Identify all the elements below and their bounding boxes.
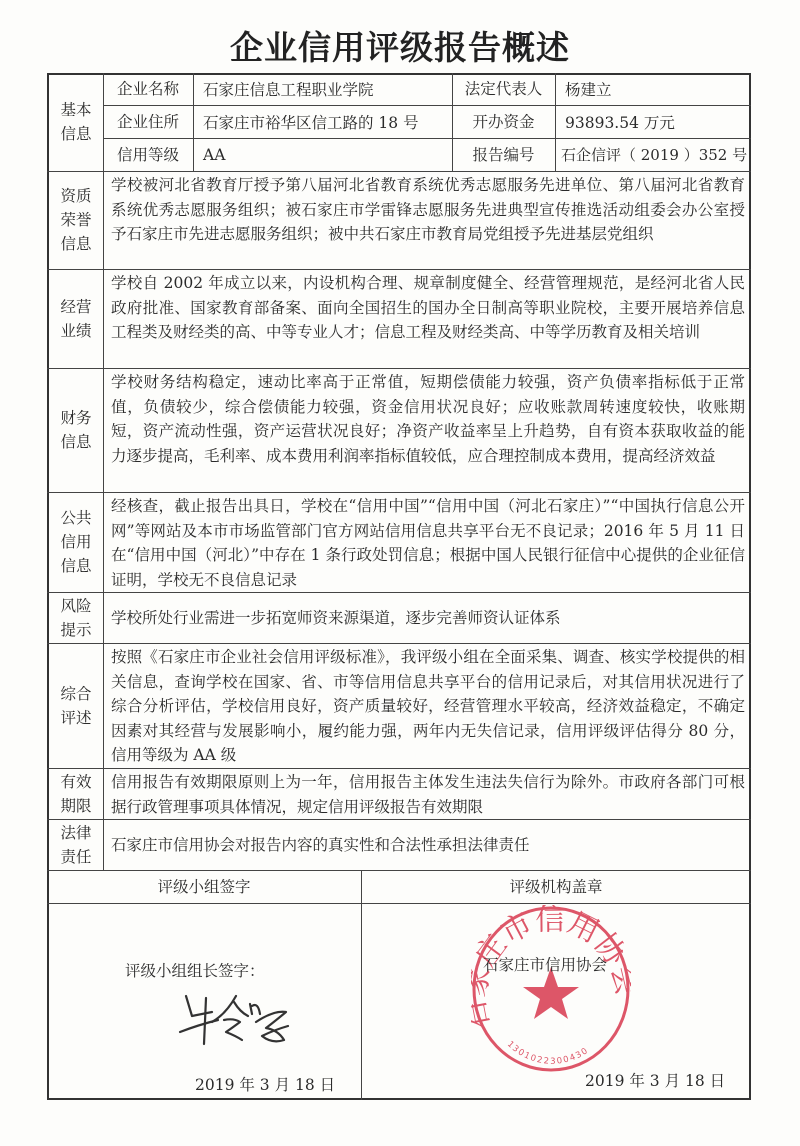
divider — [47, 903, 751, 904]
section-label-text: 基本信息 — [59, 98, 93, 146]
team-signature-date: 2019 年 3 月 18 日 — [195, 1072, 355, 1096]
section-label-honors: 资质荣誉信息 — [49, 171, 103, 269]
field-value-legal-rep: 杨建立 — [555, 73, 751, 105]
section-text-honors: 学校被河北省教育厅授予第八届河北省教育系统优秀志愿服务先进单位、第八届河北省教育… — [103, 171, 751, 269]
section-label-text: 有效期限 — [59, 770, 93, 818]
divider — [361, 870, 362, 1100]
official-stamp-icon: 石家庄市信用协会 1301022300430 — [471, 905, 631, 1073]
section-label-basic-info: 基本信息 — [49, 73, 103, 171]
field-label-capital: 开办资金 — [452, 105, 555, 138]
field-label-credit-grade: 信用等级 — [103, 138, 193, 171]
section-label-text: 公共信用信息 — [59, 506, 93, 578]
team-leader-label: 评级小组组长签字： — [125, 958, 325, 982]
field-label-address: 企业住所 — [103, 105, 193, 138]
section-label-text: 资质荣誉信息 — [59, 184, 93, 256]
section-text-validity: 信用报告有效期限原则上为一年，信用报告主体发生违法失信行为除外。市政府各部门可根… — [103, 768, 751, 819]
section-text-risk: 学校所处行业需进一步拓宽师资来源渠道，逐步完善师资认证体系 — [103, 592, 751, 643]
section-label-text: 综合评述 — [59, 682, 93, 730]
document-title: 企业信用评级报告概述 — [0, 22, 800, 69]
team-signature-header: 评级小组签字 — [47, 870, 361, 903]
section-text-summary: 按照《石家庄市企业社会信用评级标准》，我评级小组在全面采集、调查、核实学校提供的… — [103, 643, 751, 768]
section-text-legal: 石家庄市信用协会对报告内容的真实性和合法性承担法律责任 — [103, 819, 751, 870]
section-text-finance: 学校财务结构稳定，速动比率高于正常值，短期偿债能力较强，资产负债率指标低于正常值… — [103, 368, 751, 492]
section-label-legal: 法律责任 — [49, 819, 103, 870]
field-value-address: 石家庄市裕华区信工路的 18 号 — [193, 105, 452, 138]
section-label-public-credit: 公共信用信息 — [49, 492, 103, 592]
section-text-performance: 学校自 2002 年成立以来，内设机构合理、规章制度健全、经营管理规范，是经河北… — [103, 269, 751, 368]
field-value-report-number: 石企信评（ 2019 ）352 号 — [555, 138, 751, 171]
handwritten-signature — [178, 992, 298, 1050]
field-value-credit-grade: AA — [193, 138, 452, 171]
section-text-public-credit: 经核查，截止报告出具日，学校在“信用中国”“信用中国（河北石家庄）”“中国执行信… — [103, 492, 751, 592]
section-label-text: 风险提示 — [59, 594, 93, 642]
section-label-finance: 财务信息 — [49, 368, 103, 492]
field-value-capital: 93893.54 万元 — [555, 105, 751, 138]
field-label-report-number: 报告编号 — [452, 138, 555, 171]
field-label-legal-rep: 法定代表人 — [452, 73, 555, 105]
section-label-text: 财务信息 — [59, 406, 93, 454]
field-label-company-name: 企业名称 — [103, 73, 193, 105]
section-label-summary: 综合评述 — [49, 643, 103, 768]
field-value-company-name: 石家庄信息工程职业学院 — [193, 73, 452, 105]
agency-stamp-date: 2019 年 3 月 18 日 — [585, 1068, 745, 1092]
section-label-risk: 风险提示 — [49, 592, 103, 643]
section-label-text: 经营业绩 — [59, 295, 93, 343]
section-label-validity: 有效期限 — [49, 768, 103, 819]
section-label-performance: 经营业绩 — [49, 269, 103, 368]
section-label-text: 法律责任 — [59, 821, 93, 869]
agency-name-text: 石家庄市信用协会 — [483, 952, 643, 976]
agency-stamp-header: 评级机构盖章 — [361, 870, 751, 903]
